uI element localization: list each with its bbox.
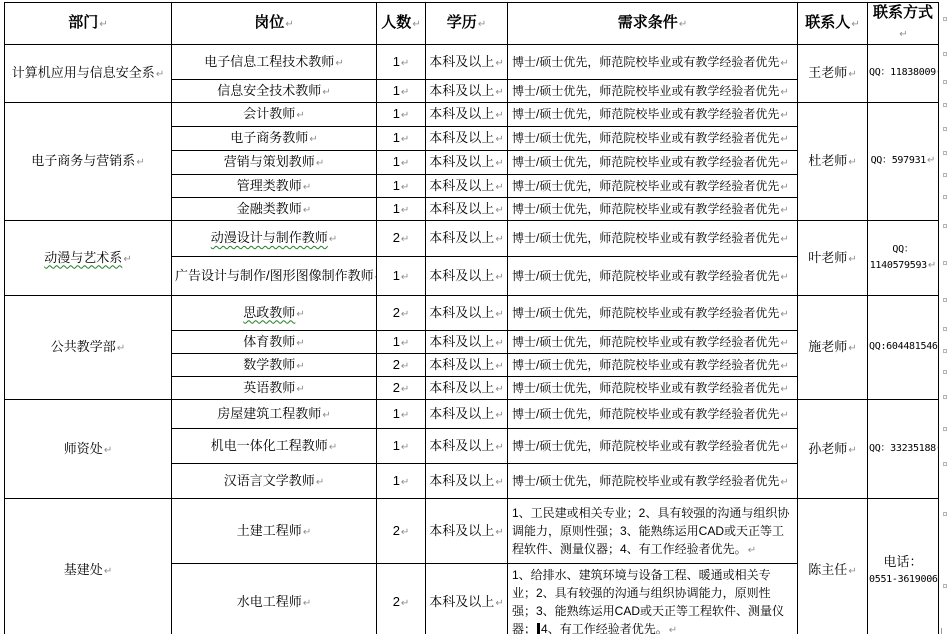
requirement-cell[interactable]: 博士/硕士优先，师范院校毕业或有教学经验者优先↵: [508, 79, 798, 102]
paragraph-mark: ↵: [285, 19, 293, 30]
contact-method-cell[interactable]: QQ：33235188↵: [868, 399, 939, 498]
paragraph-mark: ↵: [401, 442, 409, 453]
department-cell[interactable]: 电子商务与营销系↵: [5, 102, 172, 220]
paragraph-mark: ↵: [495, 442, 503, 453]
paragraph-mark: ↵: [401, 58, 409, 69]
paragraph-mark: ↵: [401, 87, 409, 98]
paragraph-mark: ↵: [104, 445, 112, 456]
paragraph-mark: ↵: [296, 110, 304, 121]
department-cell[interactable]: 计算机应用与信息安全系↵: [5, 44, 172, 102]
position-cell[interactable]: 土建工程师↵: [172, 498, 377, 563]
education-cell[interactable]: 本科及以上↵: [426, 79, 508, 102]
paragraph-mark: ↵: [303, 182, 311, 193]
count-cell[interactable]: 2↵: [377, 353, 426, 376]
row-end-mark: ¤: [941, 424, 949, 434]
paragraph-mark: ↵: [780, 205, 788, 216]
count-cell[interactable]: 1↵: [377, 174, 426, 197]
contact-name-cell[interactable]: 陈主任↵: [798, 498, 868, 634]
paragraph-mark: ↵: [296, 309, 304, 320]
count-cell[interactable]: 1↵: [377, 44, 426, 79]
row-end-mark: ¤: [941, 258, 949, 268]
count-cell[interactable]: 2↵: [377, 498, 426, 563]
paragraph-mark: ↵: [401, 182, 409, 193]
requirement-cell[interactable]: 博士/硕士优先，师范院校毕业或有教学经验者优先↵: [508, 376, 798, 399]
requirement-cell[interactable]: 博士/硕士优先，师范院校毕业或有教学经验者优先↵: [508, 220, 798, 256]
paragraph-mark: ↵: [401, 134, 409, 145]
row-end-mark: ¤: [941, 459, 949, 469]
paragraph-mark: ↵: [322, 410, 330, 421]
paragraph-mark: ↵: [780, 309, 788, 320]
count-cell[interactable]: 1↵: [377, 197, 426, 220]
contact-method-cell[interactable]: 电话： 0551-3619006↵: [868, 498, 939, 634]
position-cell[interactable]: 会计教师↵: [172, 102, 377, 126]
paragraph-mark: ↵: [679, 19, 687, 30]
paragraph-mark: ↵: [495, 110, 503, 121]
paragraph-mark: ↵: [495, 361, 503, 372]
requirement-cell[interactable]: 1、给排水、建筑环境与设备工程、暖通或相关专业；2、具有较强的沟通与组织协调能力…: [508, 563, 798, 634]
education-cell[interactable]: 本科及以上↵: [426, 256, 508, 295]
paragraph-mark: ↵: [309, 134, 317, 145]
position-cell[interactable]: 水电工程师↵: [172, 563, 377, 634]
header-department[interactable]: 部门↵: [5, 3, 172, 45]
spellcheck-underline: 动漫设计与制作教师: [211, 230, 328, 245]
paragraph-mark: ↵: [303, 598, 311, 609]
paragraph-mark: ↵: [495, 309, 503, 320]
paragraph-mark: ↵: [780, 58, 788, 69]
paragraph-mark: ↵: [495, 272, 503, 283]
paragraph-mark: ↵: [495, 182, 503, 193]
paragraph-mark: ↵: [495, 410, 503, 421]
paragraph-mark: ↵: [401, 361, 409, 372]
paragraph-mark: ↵: [669, 625, 677, 634]
table-row: 师资处↵ 房屋建筑工程教师↵ 1↵ 本科及以上↵ 博士/硕士优先，师范院校毕业或…: [5, 399, 939, 428]
paragraph-mark: ↵: [495, 477, 503, 488]
spellcheck-underline: 动漫与艺术系: [44, 250, 122, 265]
count-cell[interactable]: 1↵: [377, 463, 426, 498]
paragraph-mark: ↵: [136, 157, 144, 168]
paragraph-mark: ↵: [780, 134, 788, 145]
table-row: 动漫与艺术系↵ 动漫设计与制作教师↵ 2↵ 本科及以上↵ 博士/硕士优先，师范院…: [5, 220, 939, 256]
paragraph-mark: ↵: [780, 410, 788, 421]
row-end-mark: ¤: [941, 148, 949, 158]
count-cell[interactable]: 2↵: [377, 220, 426, 256]
paragraph-mark: ↵: [401, 410, 409, 421]
position-cell[interactable]: 英语教师↵: [172, 376, 377, 399]
paragraph-mark: ↵: [495, 384, 503, 395]
requirement-cell[interactable]: 博士/硕士优先，师范院校毕业或有教学经验者优先↵: [508, 150, 798, 174]
education-cell[interactable]: 本科及以上↵: [426, 376, 508, 399]
requirement-cell[interactable]: 博士/硕士优先，师范院校毕业或有教学经验者优先↵: [508, 428, 798, 463]
position-cell[interactable]: 管理类教师↵: [172, 174, 377, 197]
paragraph-mark: ↵: [401, 338, 409, 349]
requirement-cell[interactable]: 博士/硕士优先，师范院校毕业或有教学经验者优先↵: [508, 256, 798, 295]
table-row: 计算机应用与信息安全系↵ 电子信息工程技术教师↵ 1↵ 本科及以上↵ 博士/硕士…: [5, 44, 939, 79]
paragraph-mark: ↵: [851, 19, 859, 30]
paragraph-mark: ↵: [335, 58, 343, 69]
paragraph-mark: ↵: [937, 67, 939, 78]
education-cell[interactable]: 本科及以上↵: [426, 428, 508, 463]
paragraph-mark: ↵: [401, 205, 409, 216]
contact-name-cell[interactable]: 杜老师↵: [798, 102, 868, 220]
position-cell[interactable]: 汉语言文学教师↵: [172, 463, 377, 498]
department-cell[interactable]: 公共教学部↵: [5, 295, 172, 399]
row-end-mark: ¤: [941, 367, 949, 377]
paragraph-mark: ↵: [401, 272, 409, 283]
paragraph-mark: ↵: [495, 598, 503, 609]
contact-method-cell[interactable]: QQ：11838009↵: [868, 44, 939, 102]
paragraph-mark: ↵: [927, 155, 935, 166]
position-cell[interactable]: 营销与策划教师↵: [172, 150, 377, 174]
row-end-mark: ¤: [941, 581, 949, 591]
education-cell[interactable]: 本科及以上↵: [426, 197, 508, 220]
count-cell[interactable]: 1↵: [377, 330, 426, 353]
paragraph-mark: ↵: [780, 158, 788, 169]
row-end-mark: ¤: [941, 324, 949, 334]
paragraph-mark: ↵: [780, 361, 788, 372]
paragraph-mark: ↵: [899, 29, 907, 40]
header-contact-method[interactable]: 联系方式↵: [868, 3, 939, 45]
position-cell[interactable]: 电子信息工程技术教师↵: [172, 44, 377, 79]
position-cell[interactable]: 体育教师↵: [172, 330, 377, 353]
count-cell[interactable]: 2↵: [377, 376, 426, 399]
paragraph-mark: ↵: [401, 234, 409, 245]
paragraph-mark: ↵: [780, 477, 788, 488]
paragraph-mark: ↵: [780, 234, 788, 245]
paragraph-mark: ↵: [322, 87, 330, 98]
paragraph-mark: ↵: [329, 234, 337, 245]
position-cell[interactable]: 金融类教师↵: [172, 197, 377, 220]
table-row: 电子商务与营销系↵ 会计教师↵ 1↵ 本科及以上↵ 博士/硕士优先，师范院校毕业…: [5, 102, 939, 126]
text-cursor: [537, 623, 540, 634]
requirement-cell[interactable]: 博士/硕士优先，师范院校毕业或有教学经验者优先↵: [508, 295, 798, 330]
position-cell[interactable]: 电子商务教师↵: [172, 126, 377, 150]
row-end-mark: ¤: [941, 192, 949, 202]
row-end-mark: ¤: [941, 170, 949, 180]
requirement-cell[interactable]: 博士/硕士优先，师范院校毕业或有教学经验者优先↵: [508, 353, 798, 376]
education-cell[interactable]: 本科及以上↵: [426, 498, 508, 563]
paragraph-mark: ↵: [401, 158, 409, 169]
position-cell[interactable]: 思政教师↵: [172, 295, 377, 330]
requirement-cell[interactable]: 博士/硕士优先，师范院校毕业或有教学经验者优先↵: [508, 102, 798, 126]
row-end-mark: ¤: [941, 14, 949, 24]
table-row: 基建处↵ 土建工程师↵ 2↵ 本科及以上↵ 1、工民建或相关专业；2、具有较强的…: [5, 498, 939, 563]
paragraph-mark: ↵: [780, 110, 788, 121]
position-cell[interactable]: 房屋建筑工程教师↵: [172, 399, 377, 428]
paragraph-mark: ↵: [495, 87, 503, 98]
paragraph-mark: ↵: [104, 566, 112, 577]
paragraph-mark: ↵: [848, 566, 856, 577]
paragraph-mark: ↵: [495, 527, 503, 538]
paragraph-mark: ↵: [848, 254, 856, 265]
education-cell[interactable]: 本科及以上↵: [426, 102, 508, 126]
requirement-cell[interactable]: 博士/硕士优先，师范院校毕业或有教学经验者优先↵: [508, 174, 798, 197]
count-cell[interactable]: 1↵: [377, 256, 426, 295]
paragraph-mark: ↵: [780, 442, 788, 453]
paragraph-mark: ↵: [495, 58, 503, 69]
header-education[interactable]: 学历↵: [426, 3, 508, 45]
paragraph-mark: ↵: [303, 205, 311, 216]
paragraph-mark: ↵: [99, 19, 107, 30]
paragraph-mark: ↵: [780, 272, 788, 283]
header-contact[interactable]: 联系人↵: [798, 3, 868, 45]
word-document-page: 部门↵ 岗位↵ 人数↵ 学历↵ 需求条件↵ 联系人↵ 联系方式↵ 计算机应用与信…: [0, 0, 950, 634]
recruitment-table: 部门↵ 岗位↵ 人数↵ 学历↵ 需求条件↵ 联系人↵ 联系方式↵ 计算机应用与信…: [4, 2, 939, 634]
contact-method-cell[interactable]: QQ:604481546↵: [868, 295, 939, 399]
spellcheck-underline: 思政教师: [243, 305, 295, 320]
education-cell[interactable]: 本科及以上↵: [426, 220, 508, 256]
contact-name-cell[interactable]: 孙老师↵: [798, 399, 868, 498]
count-cell[interactable]: 1↵: [377, 79, 426, 102]
paragraph-mark: ↵: [928, 260, 936, 271]
department-cell[interactable]: 师资处↵: [5, 399, 172, 498]
count-cell[interactable]: 1↵: [377, 399, 426, 428]
contact-name-cell[interactable]: 施老师↵: [798, 295, 868, 399]
department-cell[interactable]: 基建处↵: [5, 498, 172, 634]
paragraph-mark: ↵: [329, 442, 337, 453]
count-cell[interactable]: 2↵: [377, 295, 426, 330]
paragraph-mark: ↵: [748, 545, 756, 556]
education-cell[interactable]: 本科及以上↵: [426, 330, 508, 353]
row-end-mark: ¤: [941, 100, 949, 110]
paragraph-mark: ↵: [303, 527, 311, 538]
row-end-mark: ¤: [941, 221, 949, 231]
paragraph-mark: ↵: [401, 309, 409, 320]
count-cell[interactable]: 1↵: [377, 102, 426, 126]
education-cell[interactable]: 本科及以上↵: [426, 295, 508, 330]
paragraph-mark: ↵: [780, 338, 788, 349]
paragraph-mark: ↵: [401, 110, 409, 121]
education-cell[interactable]: 本科及以上↵: [426, 174, 508, 197]
paragraph-mark: ↵: [478, 19, 486, 30]
paragraph-mark: ↵: [401, 384, 409, 395]
education-cell[interactable]: 本科及以上↵: [426, 463, 508, 498]
education-cell[interactable]: 本科及以上↵: [426, 44, 508, 79]
table-row: 公共教学部↵ 思政教师↵ 2↵ 本科及以上↵ 博士/硕士优先，师范院校毕业或有教…: [5, 295, 939, 330]
paragraph-mark: ↵: [117, 343, 125, 354]
row-end-mark: ¤: [941, 392, 949, 402]
row-end-mark: ¤: [941, 124, 949, 134]
row-end-mark: ¤: [941, 295, 949, 305]
requirement-cell[interactable]: 博士/硕士优先，师范院校毕业或有教学经验者优先↵: [508, 197, 798, 220]
paragraph-mark: ↵: [296, 361, 304, 372]
paragraph-mark: ↵: [401, 477, 409, 488]
paragraph-mark: ↵: [401, 527, 409, 538]
paragraph-mark: ↵: [848, 445, 856, 456]
education-cell[interactable]: 本科及以上↵: [426, 150, 508, 174]
requirement-cell[interactable]: 博士/硕士优先，师范院校毕业或有教学经验者优先↵: [508, 330, 798, 353]
position-cell[interactable]: 机电一体化工程教师↵: [172, 428, 377, 463]
paragraph-mark: ↵: [780, 384, 788, 395]
row-end-mark: ¤: [941, 346, 949, 356]
requirement-cell[interactable]: 博士/硕士优先，师范院校毕业或有教学经验者优先↵: [508, 463, 798, 498]
requirement-cell[interactable]: 博士/硕士优先，师范院校毕业或有教学经验者优先↵: [508, 126, 798, 150]
paragraph-mark: ↵: [495, 134, 503, 145]
partial-mark-below-table: [941, 628, 942, 634]
position-cell[interactable]: 广告设计与制作/图形图像制作教师↵: [172, 256, 377, 295]
position-cell[interactable]: 信息安全技术教师↵: [172, 79, 377, 102]
paragraph-mark: ↵: [937, 443, 939, 454]
header-position[interactable]: 岗位↵: [172, 3, 377, 45]
education-cell[interactable]: 本科及以上↵: [426, 563, 508, 634]
paragraph-mark: ↵: [296, 338, 304, 349]
department-cell[interactable]: 动漫与艺术系↵: [5, 220, 172, 295]
count-cell[interactable]: 1↵: [377, 428, 426, 463]
paragraph-mark: ↵: [495, 205, 503, 216]
requirement-cell[interactable]: 博士/硕士优先，师范院校毕业或有教学经验者优先↵: [508, 399, 798, 428]
paragraph-mark: ↵: [848, 69, 856, 80]
header-requirement[interactable]: 需求条件↵: [508, 3, 798, 45]
count-cell[interactable]: 1↵: [377, 126, 426, 150]
paragraph-mark: ↵: [780, 182, 788, 193]
paragraph-mark: ↵: [316, 477, 324, 488]
paragraph-mark: ↵: [401, 598, 409, 609]
requirement-cell[interactable]: 1、工民建或相关专业；2、具有较强的沟通与组织协调能力，原则性强；3、能熟练运用…: [508, 498, 798, 563]
contact-method-cell[interactable]: QQ： 1140579593↵: [868, 220, 939, 295]
education-cell[interactable]: 本科及以上↵: [426, 399, 508, 428]
count-cell[interactable]: 1↵: [377, 150, 426, 174]
count-cell[interactable]: 2↵: [377, 563, 426, 634]
row-end-mark: ¤: [941, 49, 949, 59]
paragraph-mark: ↵: [412, 19, 420, 30]
paragraph-mark: ↵: [495, 234, 503, 245]
paragraph-mark: ↵: [848, 157, 856, 168]
position-cell[interactable]: 数学教师↵: [172, 353, 377, 376]
paragraph-mark: ↵: [495, 338, 503, 349]
header-row: 部门↵ 岗位↵ 人数↵ 学历↵ 需求条件↵ 联系人↵ 联系方式↵: [5, 3, 939, 45]
paragraph-mark: ↵: [156, 69, 164, 80]
education-cell[interactable]: 本科及以上↵: [426, 353, 508, 376]
paragraph-mark: ↵: [780, 87, 788, 98]
row-end-mark: ¤: [941, 509, 949, 519]
paragraph-mark: ↵: [296, 384, 304, 395]
header-count[interactable]: 人数↵: [377, 3, 426, 45]
paragraph-mark: ↵: [123, 254, 131, 265]
requirement-cell[interactable]: 博士/硕士优先，师范院校毕业或有教学经验者优先↵: [508, 44, 798, 79]
contact-name-cell[interactable]: 叶老师↵: [798, 220, 868, 295]
contact-method-cell[interactable]: QQ：597931↵: [868, 102, 939, 220]
contact-name-cell[interactable]: 王老师↵: [798, 44, 868, 102]
position-cell[interactable]: 动漫设计与制作教师↵: [172, 220, 377, 256]
paragraph-mark: ↵: [495, 158, 503, 169]
paragraph-mark: ↵: [848, 343, 856, 354]
paragraph-mark: ↵: [316, 158, 324, 169]
row-end-mark: ¤: [941, 77, 949, 87]
education-cell[interactable]: 本科及以上↵: [426, 126, 508, 150]
